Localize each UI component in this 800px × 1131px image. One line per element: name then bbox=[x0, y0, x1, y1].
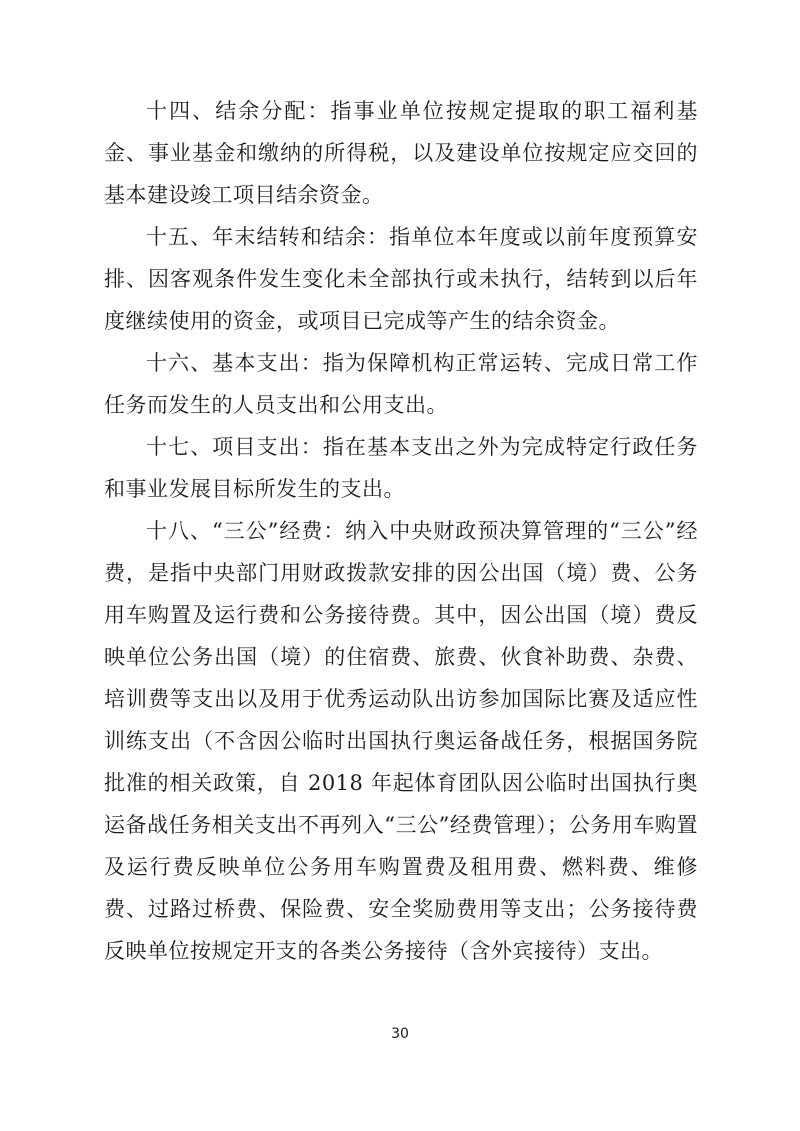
document-page: 十四、结余分配：指事业单位按规定提取的职工福利基金、事业基金和缴纳的所得税，以及… bbox=[0, 0, 800, 1131]
definition-paragraph-16: 十六、基本支出：指为保障机构正常运转、完成日常工作任务而发生的人员支出和公用支出… bbox=[104, 342, 698, 426]
page-number: 30 bbox=[0, 1026, 800, 1042]
definition-paragraph-15: 十五、年末结转和结余：指单位本年度或以前年度预算安排、因客观条件发生变化未全部执… bbox=[104, 216, 698, 342]
document-body: 十四、结余分配：指事业单位按规定提取的职工福利基金、事业基金和缴纳的所得税，以及… bbox=[104, 90, 698, 972]
definition-paragraph-14: 十四、结余分配：指事业单位按规定提取的职工福利基金、事业基金和缴纳的所得税，以及… bbox=[104, 90, 698, 216]
definition-paragraph-18: 十八、“三公”经费：纳入中央财政预决算管理的“三公”经费，是指中央部门用财政拨款… bbox=[104, 510, 698, 972]
definition-paragraph-17: 十七、项目支出：指在基本支出之外为完成特定行政任务和事业发展目标所发生的支出。 bbox=[104, 426, 698, 510]
